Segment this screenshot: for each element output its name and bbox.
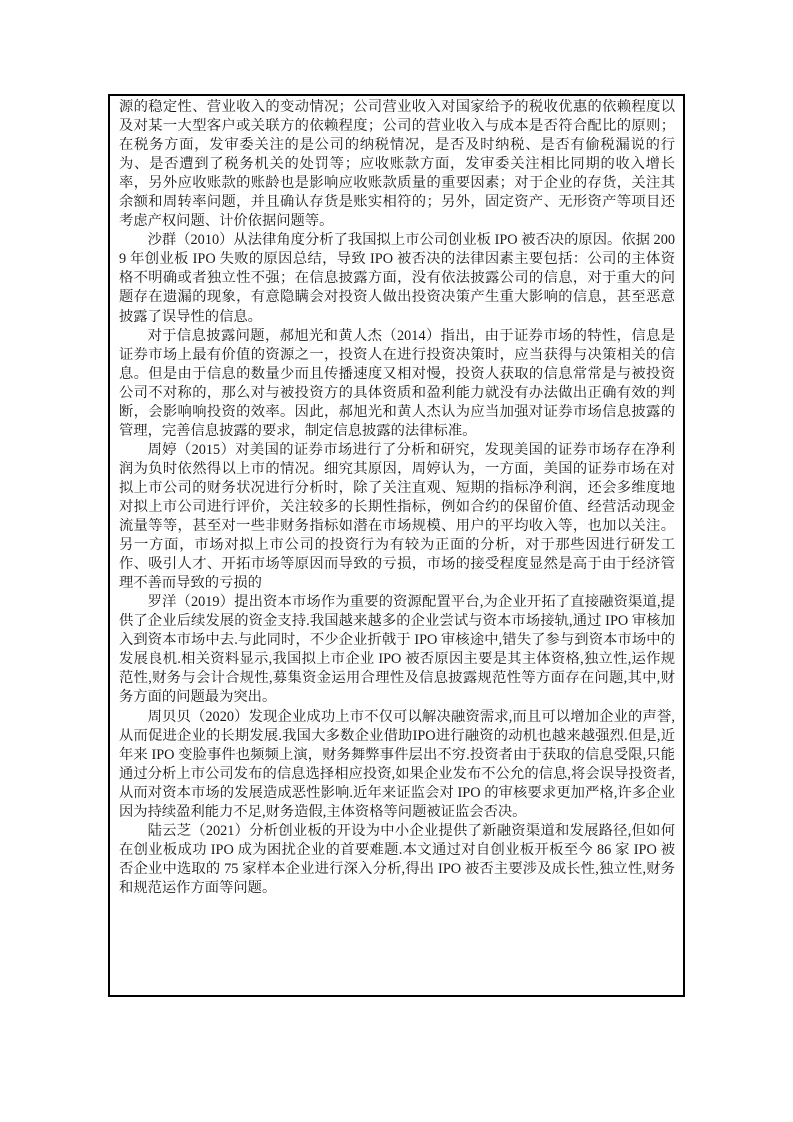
bordered-text-box: 源的稳定性、营业收入的变动情况；公司营业收入对国家给予的税收优惠的依赖程度以及对… — [108, 94, 685, 997]
paragraph-luyunzhi-2021: 陆云芝（2021）分析创业板的开设为中小企业提供了新融资渠道和发展路径,但如何在… — [119, 822, 675, 898]
paragraph-haoxuguang-huangrenjie-2014: 对于信息披露问题，郝旭光和黄人杰（2014）指出，由于证券市场的特性，信息是证券… — [119, 327, 675, 441]
paragraph-zhouting-2015: 周婷（2015）对美国的证券市场进行了分析和研究，发现美国的证券市场存在净利润为… — [119, 441, 675, 593]
document-page: 源的稳定性、营业收入的变动情况；公司营业收入对国家给予的税收优惠的依赖程度以及对… — [0, 0, 793, 1122]
paragraph-continuation-audit-focus: 源的稳定性、营业收入的变动情况；公司营业收入对国家给予的税收优惠的依赖程度以及对… — [119, 98, 675, 231]
paragraph-zhoubeibei-2020: 周贝贝（2020）发现企业成功上市不仅可以解决融资需求,而且可以增加企业的声誉,… — [119, 708, 675, 822]
paragraph-shaqun-2010: 沙群（2010）从法律角度分析了我国拟上市公司创业板 IPO 被否决的原因。依据… — [119, 231, 675, 326]
paragraph-luoyang-2019: 罗洋（2019）提出资本市场作为重要的资源配置平台,为企业开拓了直接融资渠道,提… — [119, 593, 675, 707]
